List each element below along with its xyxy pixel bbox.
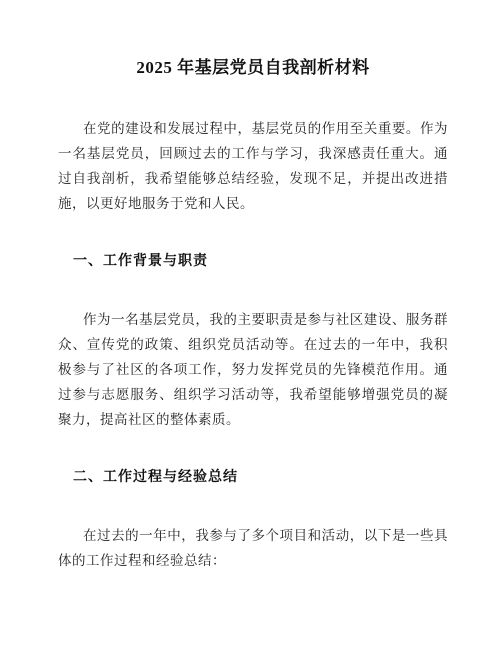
document-page: 2025 年基层党员自我剖析材料 在党的建设和发展过程中，基层党员的作用至关重要… bbox=[0, 0, 500, 647]
section-heading-work-process: 二、工作过程与经验总结 bbox=[58, 465, 448, 490]
document-title: 2025 年基层党员自我剖析材料 bbox=[58, 54, 448, 82]
section-work-process-paragraph: 在过去的一年中，我参与了多个项目和活动，以下是一些具体的工作过程和经验总结： bbox=[58, 523, 448, 573]
section-heading-work-background: 一、工作背景与职责 bbox=[58, 249, 448, 274]
intro-paragraph: 在党的建设和发展过程中，基层党员的作用至关重要。作为一名基层党员，回顾过去的工作… bbox=[58, 116, 448, 216]
section-work-background-paragraph: 作为一名基层党员，我的主要职责是参与社区建设、服务群众、宣传党的政策、组织党员活… bbox=[58, 307, 448, 432]
